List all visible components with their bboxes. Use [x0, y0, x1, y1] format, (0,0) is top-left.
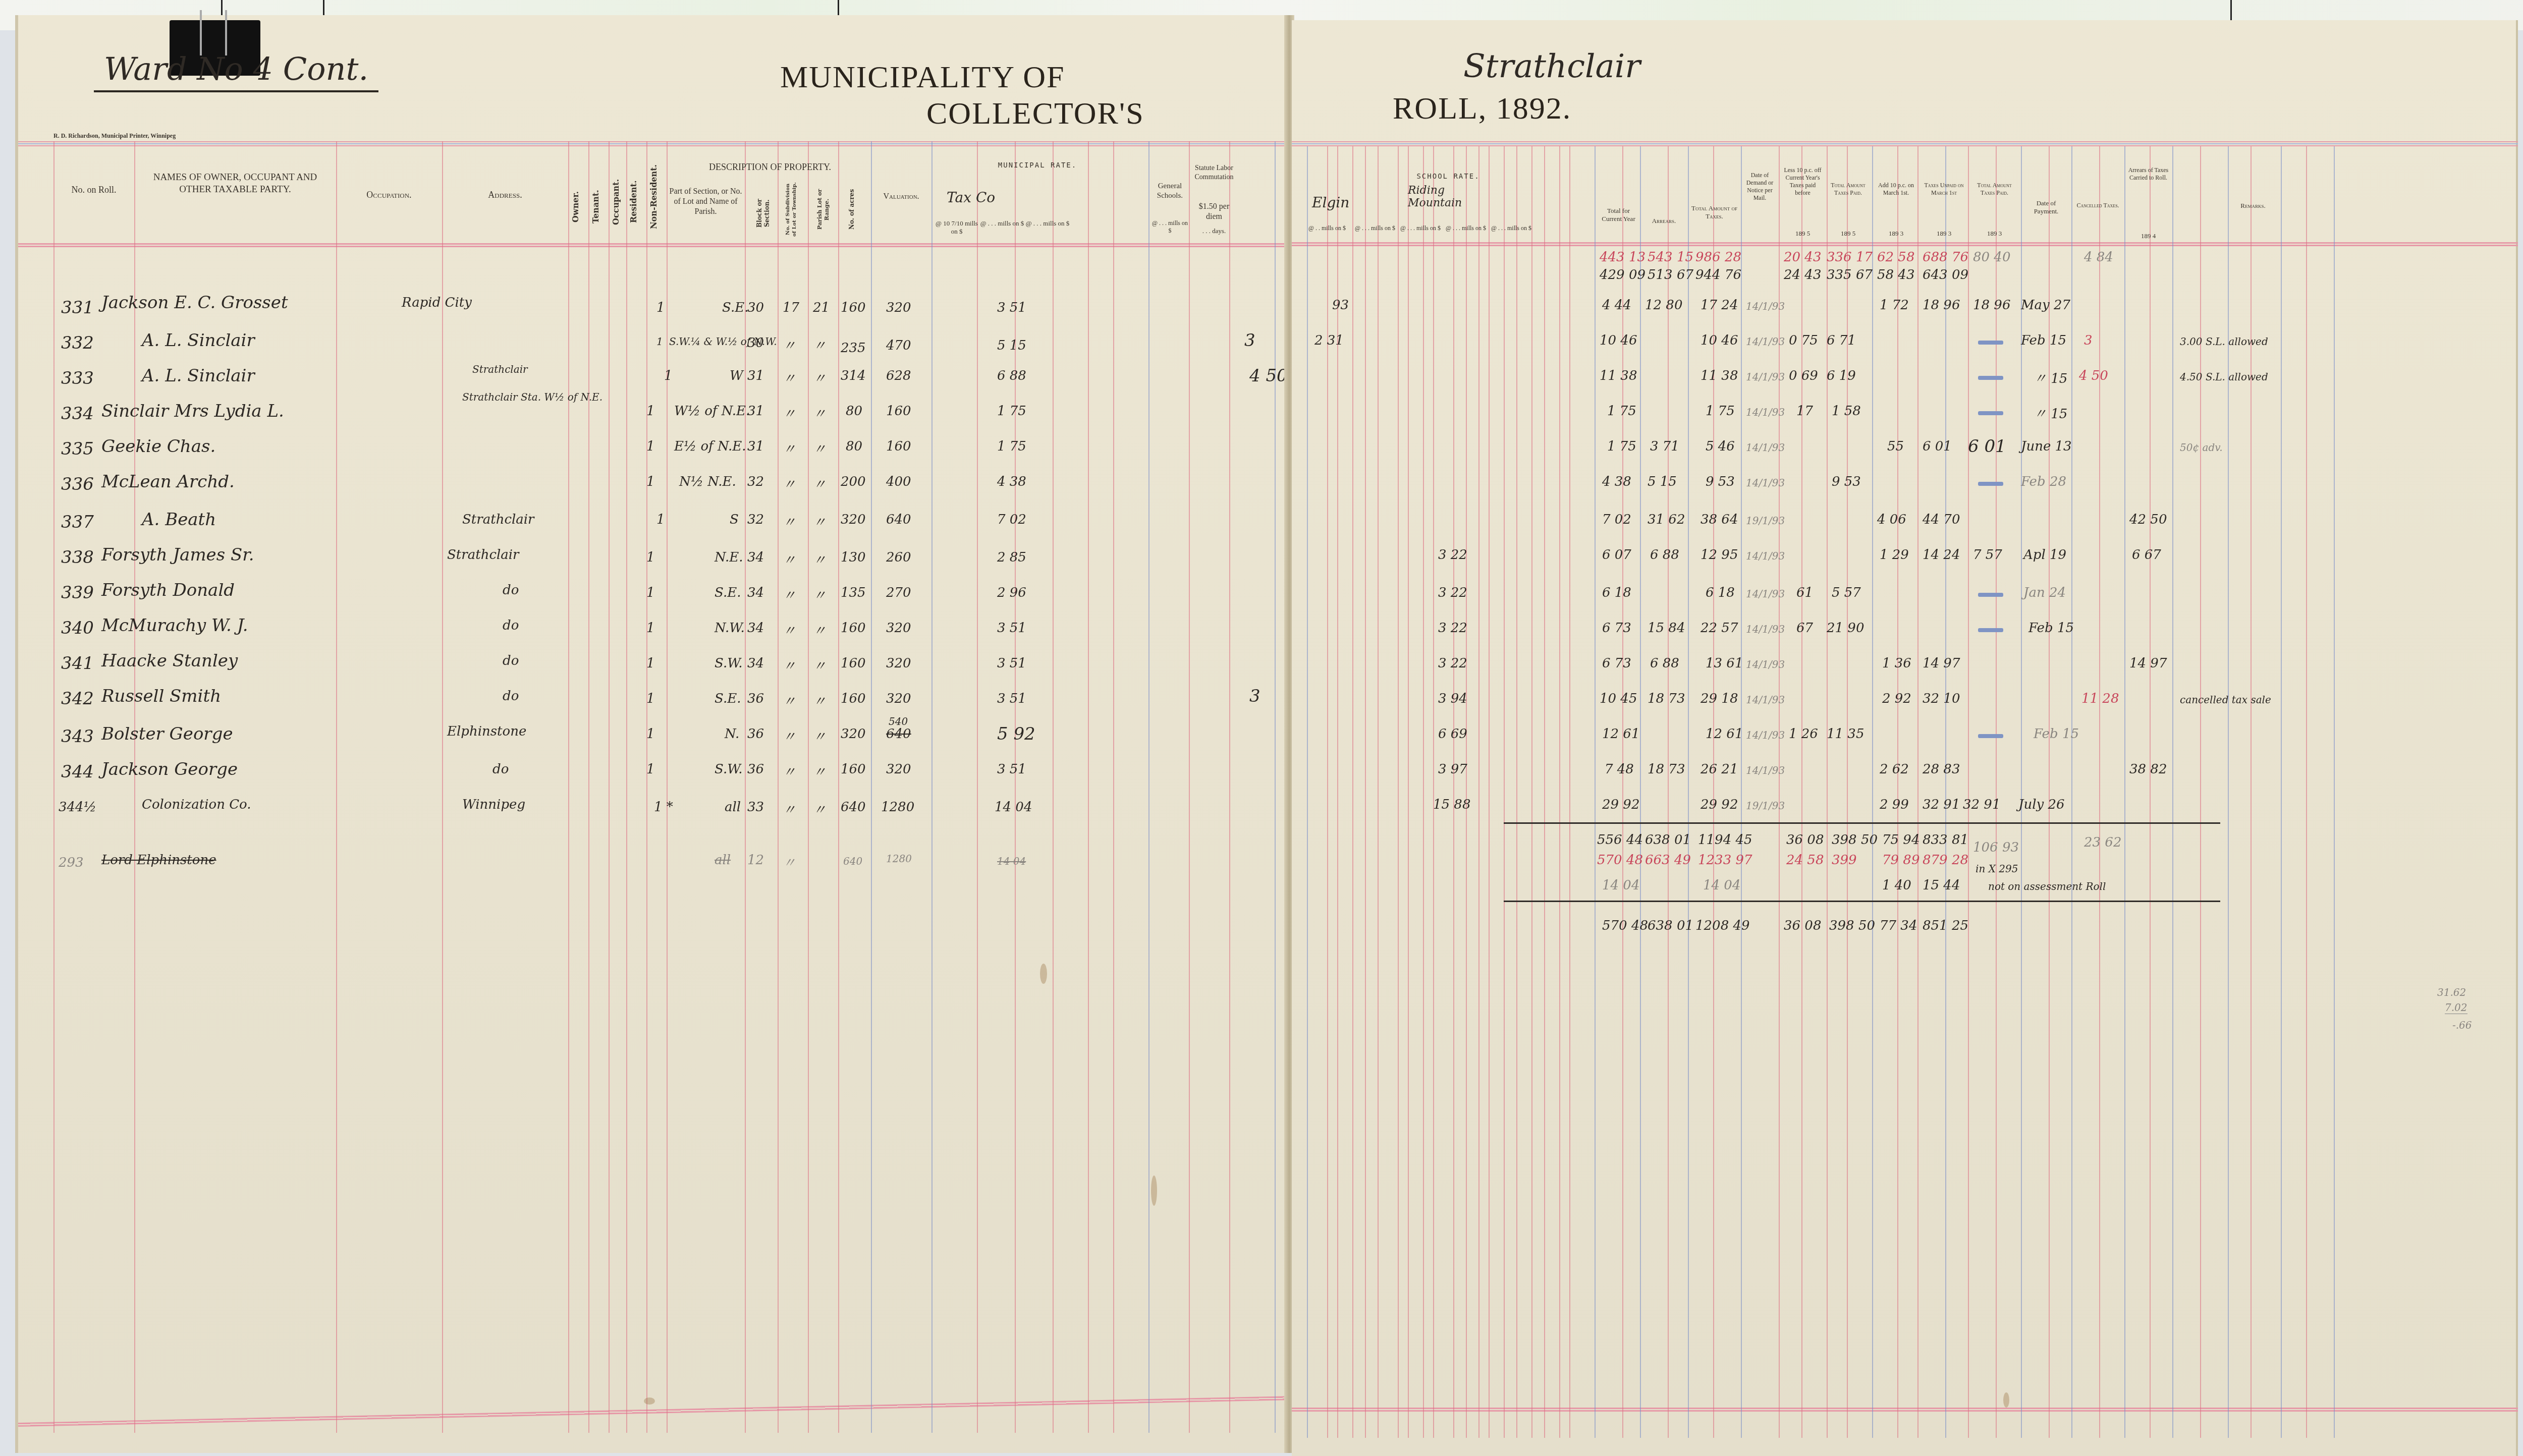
- header-total-paid-year: 189 5: [1827, 230, 1870, 238]
- header-occupant: Occupant.: [611, 166, 621, 237]
- title-municipality: MUNICIPALITY OF: [780, 60, 1065, 95]
- header-acres: No. of acres: [848, 182, 856, 237]
- header-description: DESCRIPTION OF PROPERTY.: [669, 161, 871, 173]
- right-page: Strathclair ROLL, 1892.: [1292, 20, 2518, 1456]
- header-resident: Resident.: [629, 166, 639, 237]
- header-statute-labor: Statute Labor Commutation: [1191, 164, 1237, 182]
- header-general-schools: General Schools.: [1151, 182, 1189, 201]
- paid-dash: [1978, 482, 2003, 486]
- header-school-mills-3: @ . . . mills on $: [1398, 225, 1443, 232]
- header-total-current: Total for Current Year: [1597, 207, 1640, 223]
- header-total-paid: Total Amount Taxes Paid.: [1827, 182, 1870, 197]
- header-rule-bottom: [18, 243, 1290, 247]
- header-rule-top: [1292, 141, 2518, 146]
- printer-credit: R. D. Richardson, Municipal Printer, Win…: [53, 132, 176, 140]
- title-roll: ROLL, 1892.: [1393, 91, 1571, 127]
- header-school-rate: SCHOOL RATE.: [1307, 173, 1589, 182]
- paid-dash: [1978, 734, 2003, 738]
- paid-dash: [1978, 593, 2003, 597]
- header-owner: Owner.: [571, 177, 581, 237]
- stain: [1151, 1175, 1157, 1206]
- header-total-paid-2: Total Amount Taxes Paid.: [1970, 182, 2018, 197]
- totals-rule: [1504, 822, 2220, 824]
- header-school-mills-2: @ . . . mills on $: [1352, 225, 1398, 232]
- header-unpaid-year: 189 3: [1920, 230, 1968, 238]
- stain: [2003, 1392, 2009, 1408]
- header-days: . . . days.: [1191, 227, 1237, 235]
- grand-total-rule: [1504, 901, 2220, 902]
- header-arrears-carried-year: 189 4: [2127, 232, 2170, 240]
- header-valuation: Valuation.: [873, 192, 929, 202]
- header-total-paid-2-year: 189 3: [1970, 230, 2018, 238]
- ledger-book: Ward No 4 Cont. MUNICIPALITY OF COLLECTO…: [15, 15, 2523, 1453]
- header-add-10pc-year: 189 3: [1875, 230, 1917, 238]
- municipality-name: Strathclair: [1463, 48, 1640, 85]
- ward-note: Ward No 4 Cont.: [94, 50, 378, 92]
- header-statute-rate: $1.50 per diem: [1191, 202, 1237, 222]
- header-rule-top: [18, 141, 1290, 146]
- school-district-1: Elgin: [1312, 194, 1349, 211]
- left-page: Ward No 4 Cont. MUNICIPALITY OF COLLECTO…: [15, 15, 1287, 1453]
- header-no-on-roll: No. on Roll.: [56, 184, 132, 196]
- header-total-taxes: Total Amount of Taxes.: [1690, 204, 1738, 221]
- header-arrears: Arrears.: [1642, 217, 1685, 225]
- header-part-of-section: Part of Section, or No. of Lot and Name …: [669, 187, 742, 217]
- header-cancelled: Cancelled Taxes.: [2074, 202, 2122, 209]
- header-mills-3: @ . . . mills on $: [1025, 219, 1070, 228]
- header-school-mills-5: @ . . . mills on $: [1489, 225, 1534, 232]
- header-names: NAMES OF OWNER, OCCUPANT AND OTHER TAXAB…: [139, 172, 331, 196]
- header-tenant: Tenant.: [591, 177, 601, 237]
- municipal-rate-note: Tax Co: [947, 189, 995, 206]
- school-district-2: Riding Mountain: [1408, 184, 1468, 209]
- stain: [644, 1397, 655, 1405]
- header-school-mills-4: @ . . . mills on $: [1443, 225, 1489, 232]
- header-mills-2: @ . . . mills on $: [979, 219, 1025, 228]
- header-parish-lot: Parish Lot or Range.: [816, 182, 831, 237]
- header-arrears-carried: Arrears of Taxes Carried to Roll.: [2127, 166, 2170, 182]
- header-date-payment: Date of Payment.: [2023, 199, 2069, 216]
- header-less-10pc-year: 189 5: [1781, 230, 1824, 238]
- title-collectors: COLLECTOR'S: [926, 96, 1144, 132]
- header-school-mills-1: @ . . mills on $: [1307, 225, 1347, 232]
- paid-dash: [1978, 628, 2003, 632]
- header-date-demand: Date of Demand or Notice per Mail.: [1743, 172, 1776, 202]
- header-general-mills: @ . . . mills on $: [1151, 219, 1189, 235]
- header-occupation: Occupation.: [341, 189, 437, 201]
- header-add-10pc: Add 10 p.c. on March 1st.: [1875, 182, 1917, 197]
- header-remarks: Remarks.: [2175, 202, 2331, 210]
- header-non-resident: Non-Resident.: [649, 156, 659, 237]
- header-mills-1: @ 10 7/10 mills on $: [934, 219, 979, 236]
- header-subdivision: No. of Subdivision of Lot or Township.: [785, 182, 798, 237]
- paid-dash: [1978, 341, 2003, 345]
- header-less-10pc: Less 10 p.c. off Current Year's Taxes pa…: [1781, 166, 1824, 197]
- paid-dash: [1978, 376, 2003, 380]
- header-unpaid: Taxes Unpaid on March 1st: [1920, 182, 1968, 197]
- header-block: Block or Section.: [756, 189, 771, 237]
- header-address: Address.: [447, 189, 563, 201]
- stain: [1040, 964, 1047, 984]
- paid-dash: [1978, 411, 2003, 415]
- header-municipal-rate: MUNICIPAL RATE.: [934, 161, 1141, 171]
